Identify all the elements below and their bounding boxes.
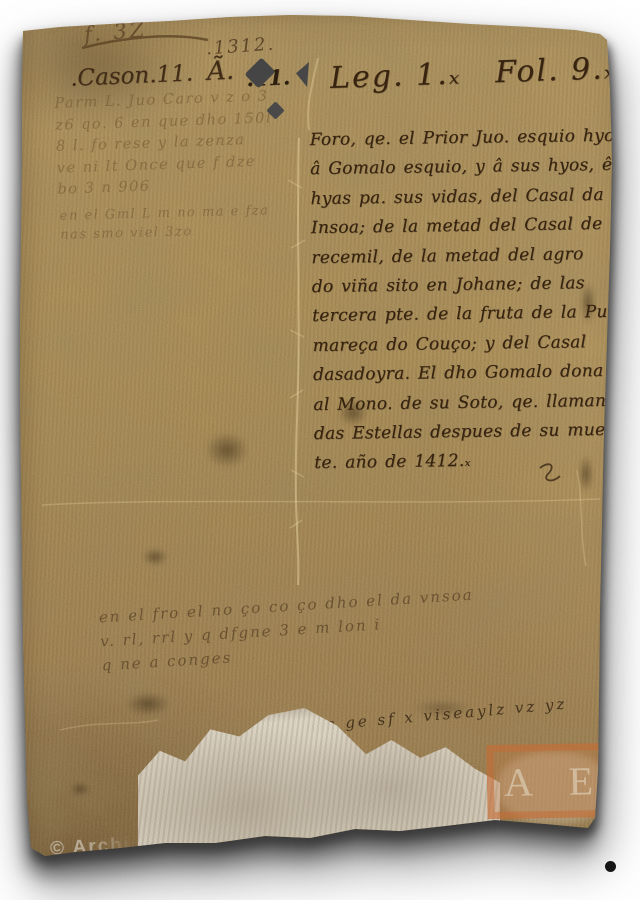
- parchment-shadow: f. 3Z .1312. .Cason.11.Ã..11. Leg. 1.ₓ F…: [0, 0, 640, 900]
- parchment-hole: [296, 62, 309, 87]
- shelfmark-text: .Cason.11.: [70, 60, 194, 91]
- legajo-label: Leg. 1.ₓ: [329, 56, 461, 96]
- folio-label: Fol. 9.ₓ: [495, 51, 617, 90]
- main-text-line: do viña sito en Johane; de las: [312, 269, 608, 303]
- parchment: f. 3Z .1312. .Cason.11.Ã..11. Leg. 1.ₓ F…: [0, 0, 640, 900]
- archive-stamp: A E: [486, 743, 619, 819]
- ink-stain: [70, 782, 90, 796]
- ink-stain: [205, 432, 249, 468]
- faded-note-line: nas smo viel 3zo: [60, 220, 270, 244]
- main-text-line: Insoa; de la metad del Casal de: [311, 210, 607, 244]
- shelfmark-letter: Ã.: [206, 56, 234, 87]
- main-text-block: Foro, qe. el Prior Juo. esquio hyo â Gom…: [310, 122, 611, 479]
- heading-row: Leg. 1.ₓ Fol. 9.ₓ: [329, 51, 616, 96]
- main-text-line: hyas pa. sus vidas, del Casal da: [310, 181, 606, 215]
- main-text-line: al Mono. de su Soto, qe. llaman: [313, 387, 609, 421]
- ink-stain: [126, 692, 170, 716]
- main-text-line: das Estellas despues de su muer-: [314, 416, 610, 450]
- main-text-line: â Gomalo esquio, y â sus hyos, ê: [310, 151, 606, 185]
- faded-marginalia-left-2: en el Gml L m no ma e fza nas smo viel 3…: [60, 201, 271, 244]
- corner-dot: [605, 861, 616, 872]
- main-text-line: mareça do Couço; y del Casal: [312, 328, 608, 362]
- ink-stain: [258, 846, 304, 862]
- main-text-line: te. año de 1412.ₓ: [314, 445, 610, 479]
- faded-marginalia-middle: en el fro el no ço co ço dho el da vnsoa…: [98, 583, 477, 678]
- main-text-line: dasadoyra. El dho Gomalo dona: [313, 357, 609, 391]
- copyright-watermark: © Archiv: [49, 834, 144, 861]
- faded-marginalia-left: Parm L. Juo Caro v z o 3 z6 qo. 6 en que…: [54, 86, 275, 201]
- repair-patch: [138, 708, 500, 886]
- photo-stage: f. 3Z .1312. .Cason.11.Ã..11. Leg. 1.ₓ F…: [0, 0, 640, 900]
- main-text-line: recemil, de la metad del agro: [311, 240, 607, 274]
- ink-stain: [396, 842, 446, 860]
- stamp-letters: A E: [504, 757, 608, 806]
- main-text-line: Foro, qe. el Prior Juo. esquio hyo: [310, 122, 606, 156]
- ink-stain: [142, 548, 168, 566]
- main-text-line: tercera pte. de la fruta de la Pu-: [312, 298, 608, 332]
